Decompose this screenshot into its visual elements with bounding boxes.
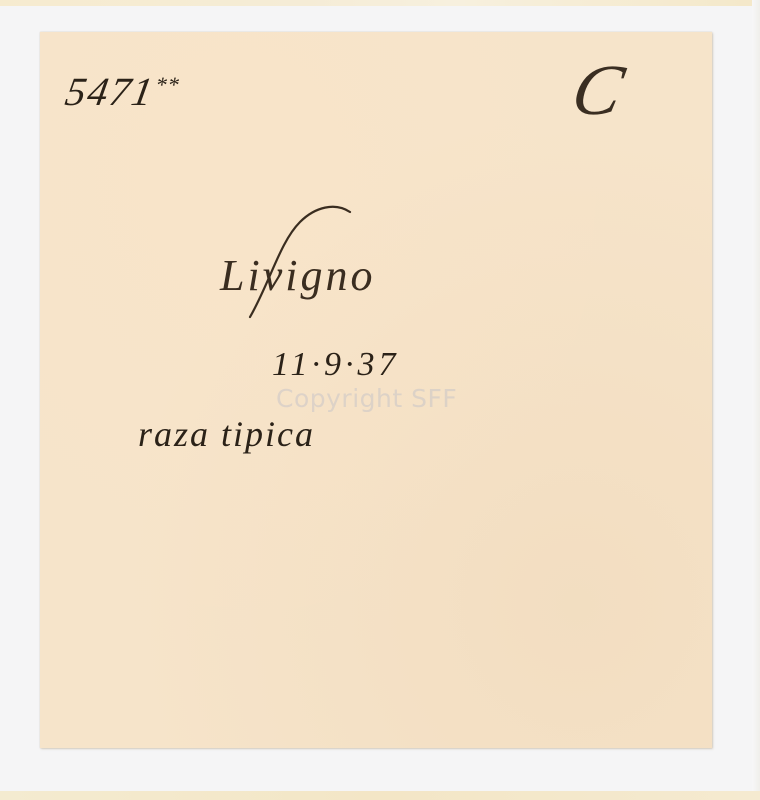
scan-edge-bottom xyxy=(0,791,760,800)
collection-date: 11·9·37 xyxy=(272,348,399,382)
locality-name: Livigno xyxy=(220,254,375,298)
specimen-label-card: 5471** C Livigno 11·9·37 Copyright SFF r… xyxy=(40,32,712,748)
catalog-number-value: 5471 xyxy=(62,69,158,114)
catalog-marks: ** xyxy=(153,72,181,97)
category-letter: C xyxy=(566,54,629,126)
specimen-note: raza tipica xyxy=(138,416,315,452)
copyright-watermark: Copyright SFF xyxy=(276,384,457,413)
catalog-number: 5471** xyxy=(62,72,181,112)
mat-edge-right xyxy=(752,0,760,800)
scan-edge-top xyxy=(0,0,760,6)
